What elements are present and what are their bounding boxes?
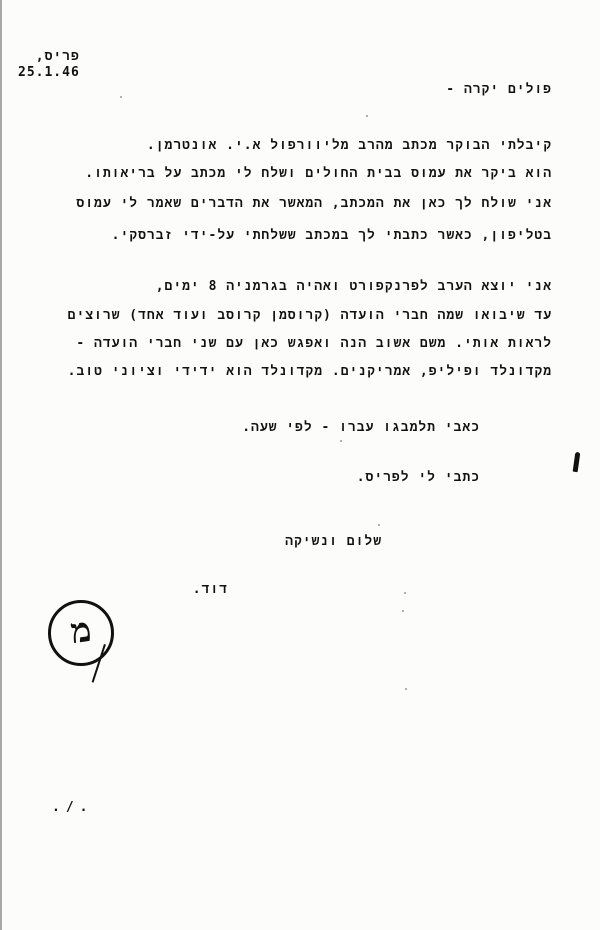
- paragraph2-line2: עד שיבואו שמה חברי הועדה (קרוסמן קרוסב ו…: [68, 308, 552, 324]
- paragraph1-line4: בטליפון, כאשר כתבתי לך במכתב ששלחתי על-י…: [112, 228, 552, 244]
- scan-speck: [402, 610, 404, 612]
- line-after: כאבי תלמבגו עברו - לפי שעה.: [242, 420, 480, 436]
- scan-speck: [404, 592, 406, 594]
- paragraph1-line1: קיבלתי הבוקר מכתב מהרב מליוורפול א.י. או…: [147, 138, 552, 154]
- paragraph2-line1: אני יוצא הערב לפרנקפורט ואהיה בגרמניה 8 …: [156, 279, 552, 295]
- scan-speck: [340, 440, 342, 442]
- request-line: כתבי לי לפריס.: [357, 470, 480, 486]
- scan-speck: [366, 115, 368, 117]
- paragraph1-line2: הוא ביקר את עמוס בבית החולים ושלח לי מכת…: [85, 166, 552, 182]
- paragraph2-line3: לראות אותי. משם אשוב הנה ואפגש כאן עם שנ…: [76, 336, 552, 352]
- paragraph2-line4: מקדונלד ופיליפ, אמריקנים. מקדונלד הוא יד…: [68, 364, 552, 380]
- scan-speck: [120, 96, 122, 98]
- scan-left-edge: [0, 0, 2, 930]
- dateline-date: 25.1.46: [18, 65, 80, 80]
- stamp-circle: מ: [48, 600, 114, 666]
- signature: דוד.: [193, 582, 228, 598]
- dateline: פריס, 25.1.46: [18, 33, 97, 81]
- scan-speck: [405, 688, 407, 690]
- closing: שלום ונשיקה: [285, 534, 382, 550]
- scan-speck: [378, 524, 380, 526]
- dateline-place: פריס,: [36, 49, 80, 64]
- paragraph1-line3: אני שולח לך כאן את המכתב, המאשר את הדברי…: [76, 196, 552, 212]
- page-end-mark: ./.: [52, 800, 93, 815]
- margin-pen-mark: [573, 452, 581, 473]
- salutation: פולים יקרה -: [446, 82, 552, 98]
